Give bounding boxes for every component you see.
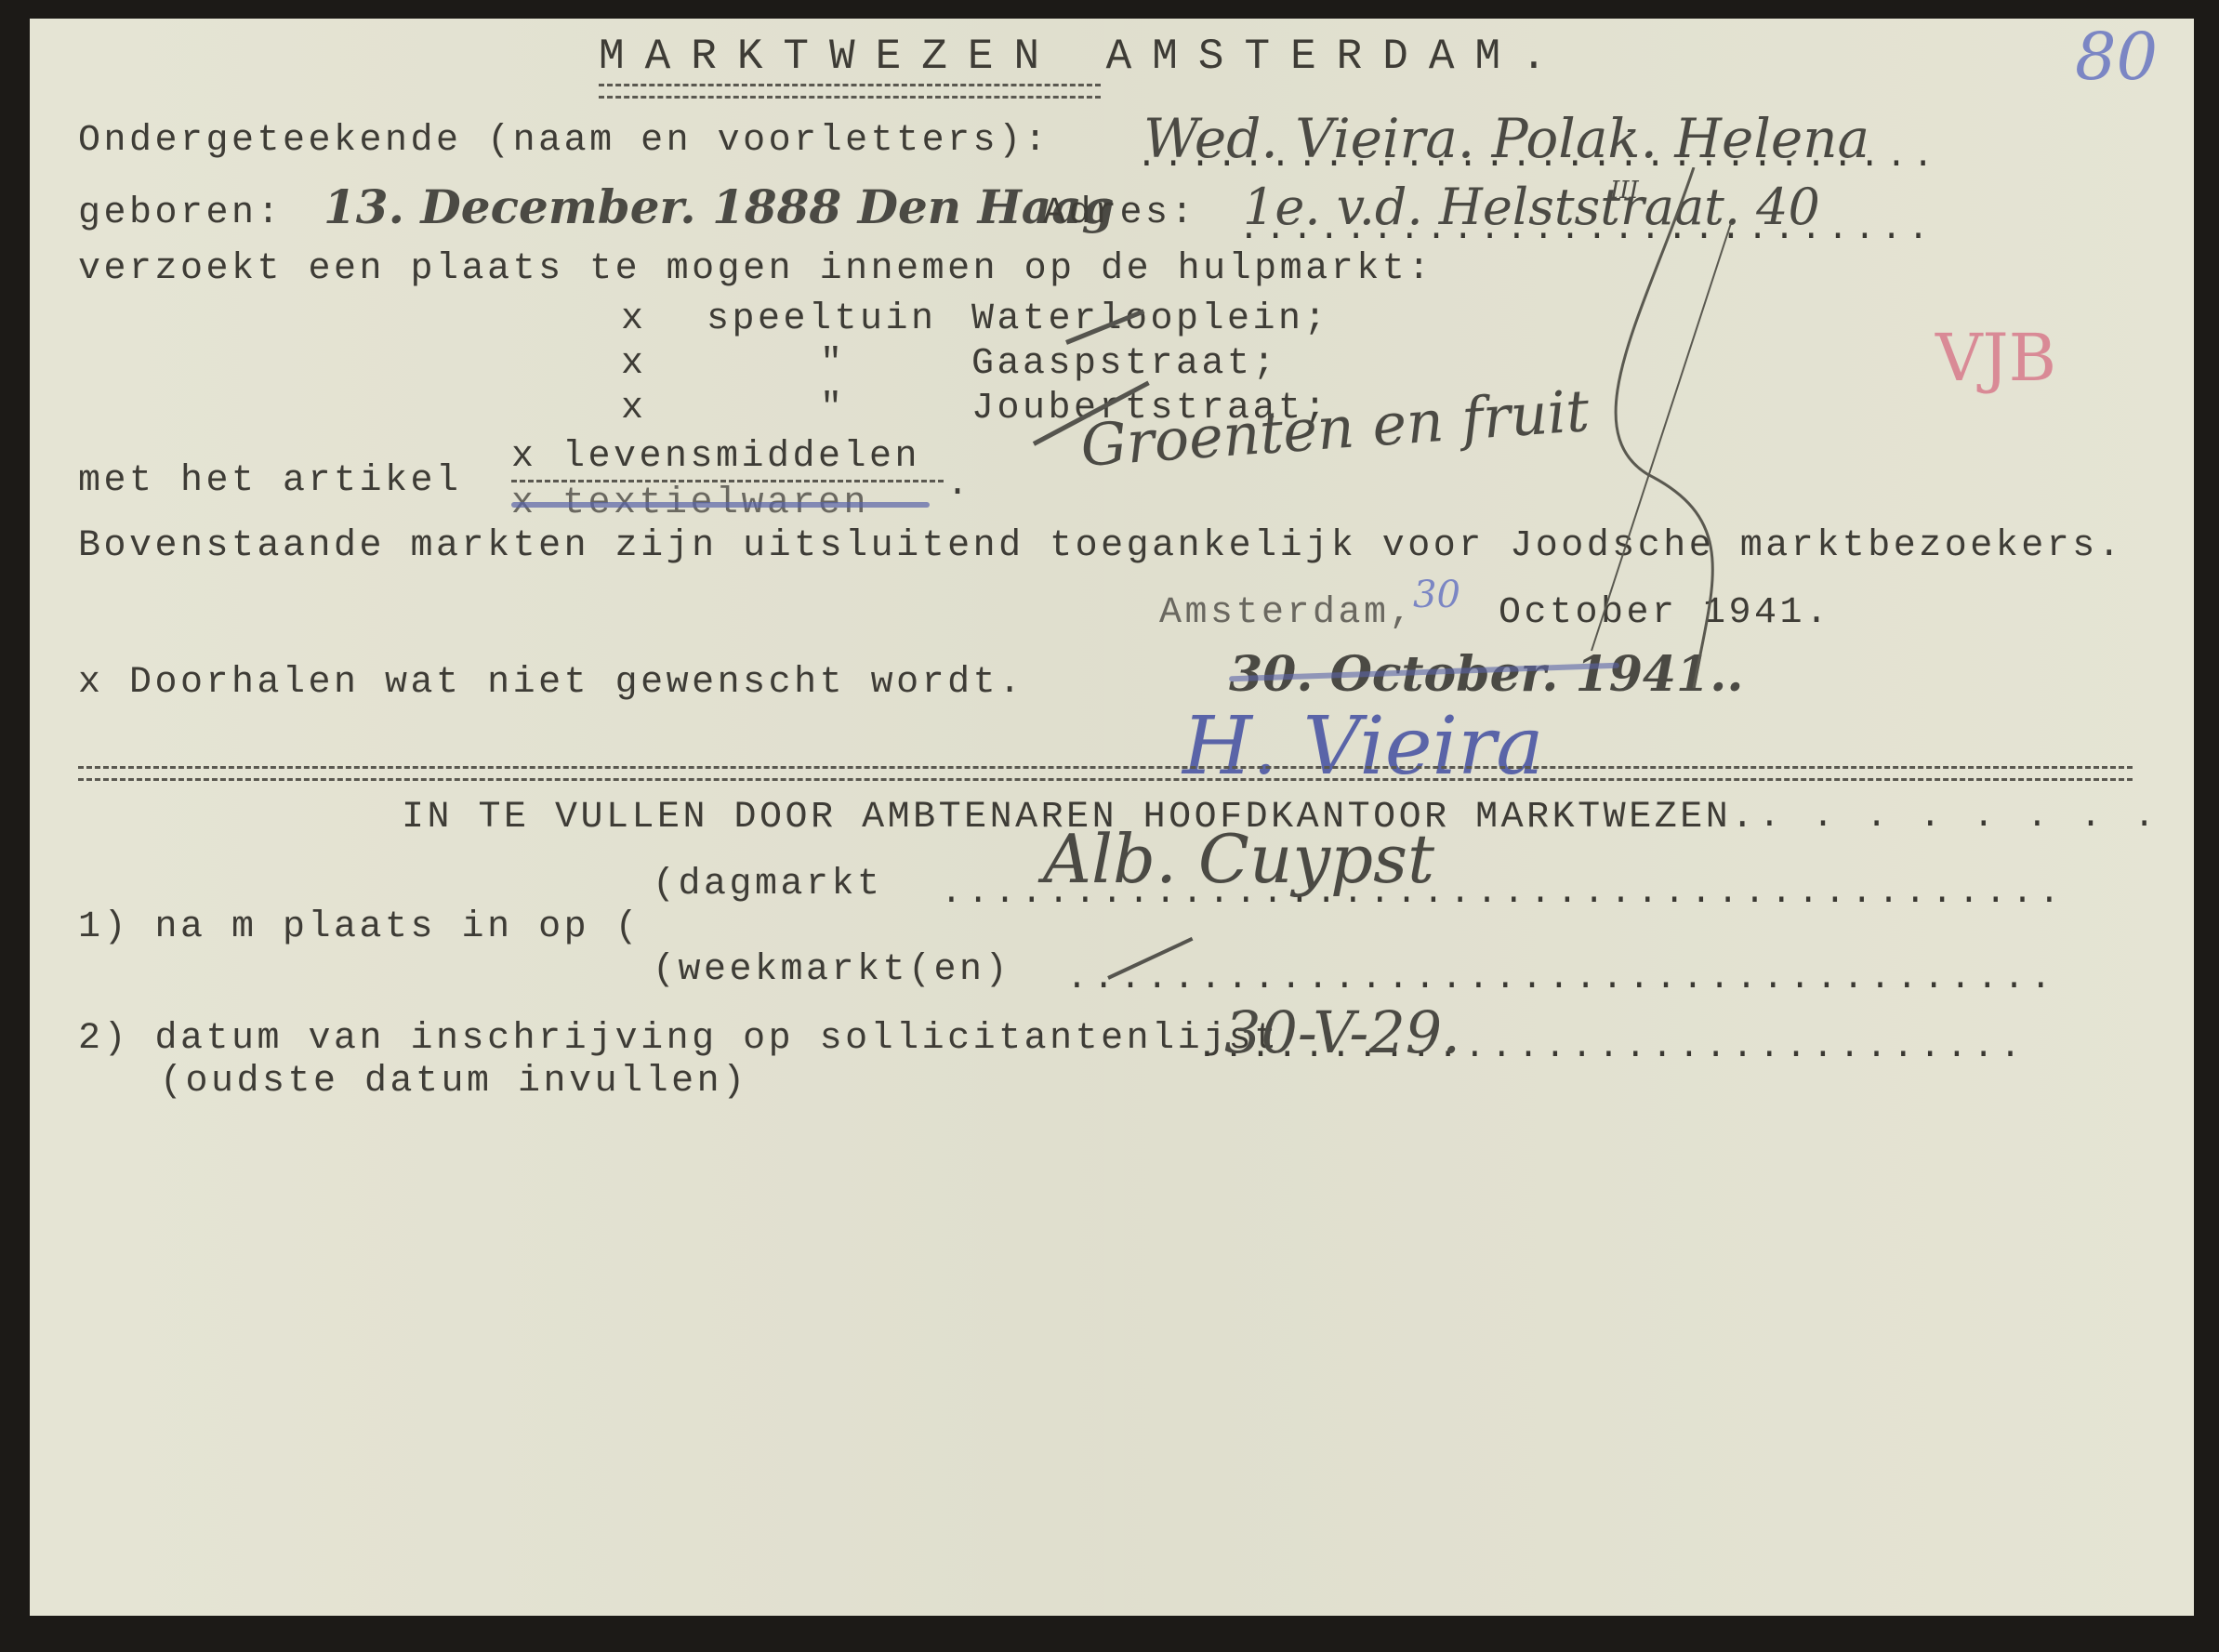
footnote: x Doorhalen wat niet gewenscht wordt.	[78, 665, 1024, 702]
corner-note: 80	[2075, 24, 2158, 89]
weekmarkt-field[interactable]: .....................................	[1066, 961, 2057, 997]
market-type: "	[820, 390, 846, 428]
name-label: Ondergeteekende (naam en voorletters):	[78, 123, 1050, 160]
strike-textielwaren	[511, 502, 930, 508]
market-type: "	[820, 346, 846, 383]
market-mark: x	[621, 301, 647, 338]
place: Amsterdam,	[1159, 595, 1415, 632]
market-type: speeltuin	[707, 301, 937, 338]
market-mark: x	[621, 390, 647, 428]
red-pencil-mark: VJB	[1935, 325, 2056, 390]
address-label: Adres:	[1043, 195, 1196, 232]
document-paper: MARKTWEZEN AMSTERDAM. 80 Ondergeteekende…	[30, 19, 2194, 1616]
dagmarkt-value: Alb. Cuypst	[1043, 826, 1434, 892]
market-location-gaaspstraat: Gaaspstraat;	[971, 346, 1278, 383]
article-levensmiddelen: x levensmiddelen	[511, 439, 920, 476]
document-title: MARKTWEZEN AMSTERDAM.	[599, 35, 1567, 78]
section-divider	[78, 766, 2133, 781]
weekmarkt-label: (weekmarkt(en)	[653, 952, 1010, 989]
pencil-stroke-icon	[1461, 167, 1852, 688]
item2-label: 2) datum van inschrijving op sollicitant…	[78, 1021, 1280, 1058]
article-label: met het artikel	[78, 463, 462, 500]
date-day: 30	[1413, 576, 1460, 614]
article-period: .	[946, 467, 972, 504]
dagmarkt-label: (dagmarkt	[653, 866, 883, 904]
title-underline	[599, 84, 1101, 99]
born-value: 13. December. 1888 Den Haag	[324, 184, 1115, 231]
market-location-waterlooplein: Waterlooplein;	[971, 301, 1329, 338]
born-label: geboren:	[78, 195, 283, 232]
heading-trailing-dots: . . . . . . . .	[1759, 800, 2160, 835]
market-mark: x	[621, 346, 647, 383]
request-line: verzoekt een plaats te mogen innemen op …	[78, 251, 1433, 288]
item1-label: 1) na m plaats in op (	[78, 909, 641, 946]
item2-value: 30-V-29.	[1224, 1004, 1460, 1062]
item2-note: (oudste datum invullen)	[160, 1064, 748, 1101]
